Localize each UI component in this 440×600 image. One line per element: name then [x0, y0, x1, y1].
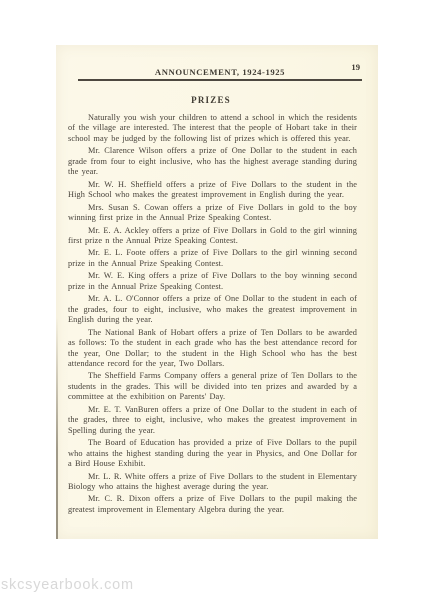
page-number: 19 [351, 62, 360, 72]
paragraph-oconnor-prize: Mr. A. L. O'Connor offers a prize of One… [68, 294, 357, 325]
paragraph-board-of-education-prize: The Board of Education has provided a pr… [68, 438, 357, 469]
prize-paragraph-list: Naturally you wish your children to atte… [68, 113, 357, 517]
paragraph-dixon-prize: Mr. C. R. Dixon offers a prize of Five D… [68, 494, 357, 515]
section-title-prizes: PRIZES [56, 95, 366, 105]
paragraph-intro: Naturally you wish your children to atte… [68, 113, 357, 144]
paragraph-cowan-prize: Mrs. Susan S. Cowan offers a prize of Fi… [68, 203, 357, 224]
page-edge-shadow [56, 317, 58, 539]
watermark-text: skcsyearbook.com [1, 577, 134, 593]
paragraph-ackley-prize: Mr. E. A. Ackley offers a prize of Five … [68, 226, 357, 247]
paragraph-king-prize: Mr. W. E. King offers a prize of Five Do… [68, 271, 357, 292]
paragraph-wilson-prize: Mr. Clarence Wilson offers a prize of On… [68, 146, 357, 177]
paragraph-sheffield-farms-prize: The Sheffield Farms Company offers a gen… [68, 371, 357, 402]
page-header: ANNOUNCEMENT, 1924-1925 19 [78, 62, 362, 74]
paragraph-vanburen-prize: Mr. E. T. VanBuren offers a prize of One… [68, 405, 357, 436]
paragraph-foote-prize: Mr. E. L. Foote offers a prize of Five D… [68, 248, 357, 269]
running-header-title: ANNOUNCEMENT, 1924-1925 [155, 67, 285, 77]
screenshot-root: { "watermark": "skcsyearbook.com", "colo… [0, 0, 440, 600]
header-divider-rule [78, 79, 362, 81]
paragraph-sheffield-prize: Mr. W. H. Sheffield offers a prize of Fi… [68, 180, 357, 201]
paragraph-national-bank-prize: The National Bank of Hobart offers a pri… [68, 328, 357, 370]
scanned-page: ANNOUNCEMENT, 1924-1925 19 PRIZES Natura… [56, 45, 378, 539]
paragraph-white-prize: Mr. L. R. White offers a prize of Five D… [68, 472, 357, 493]
